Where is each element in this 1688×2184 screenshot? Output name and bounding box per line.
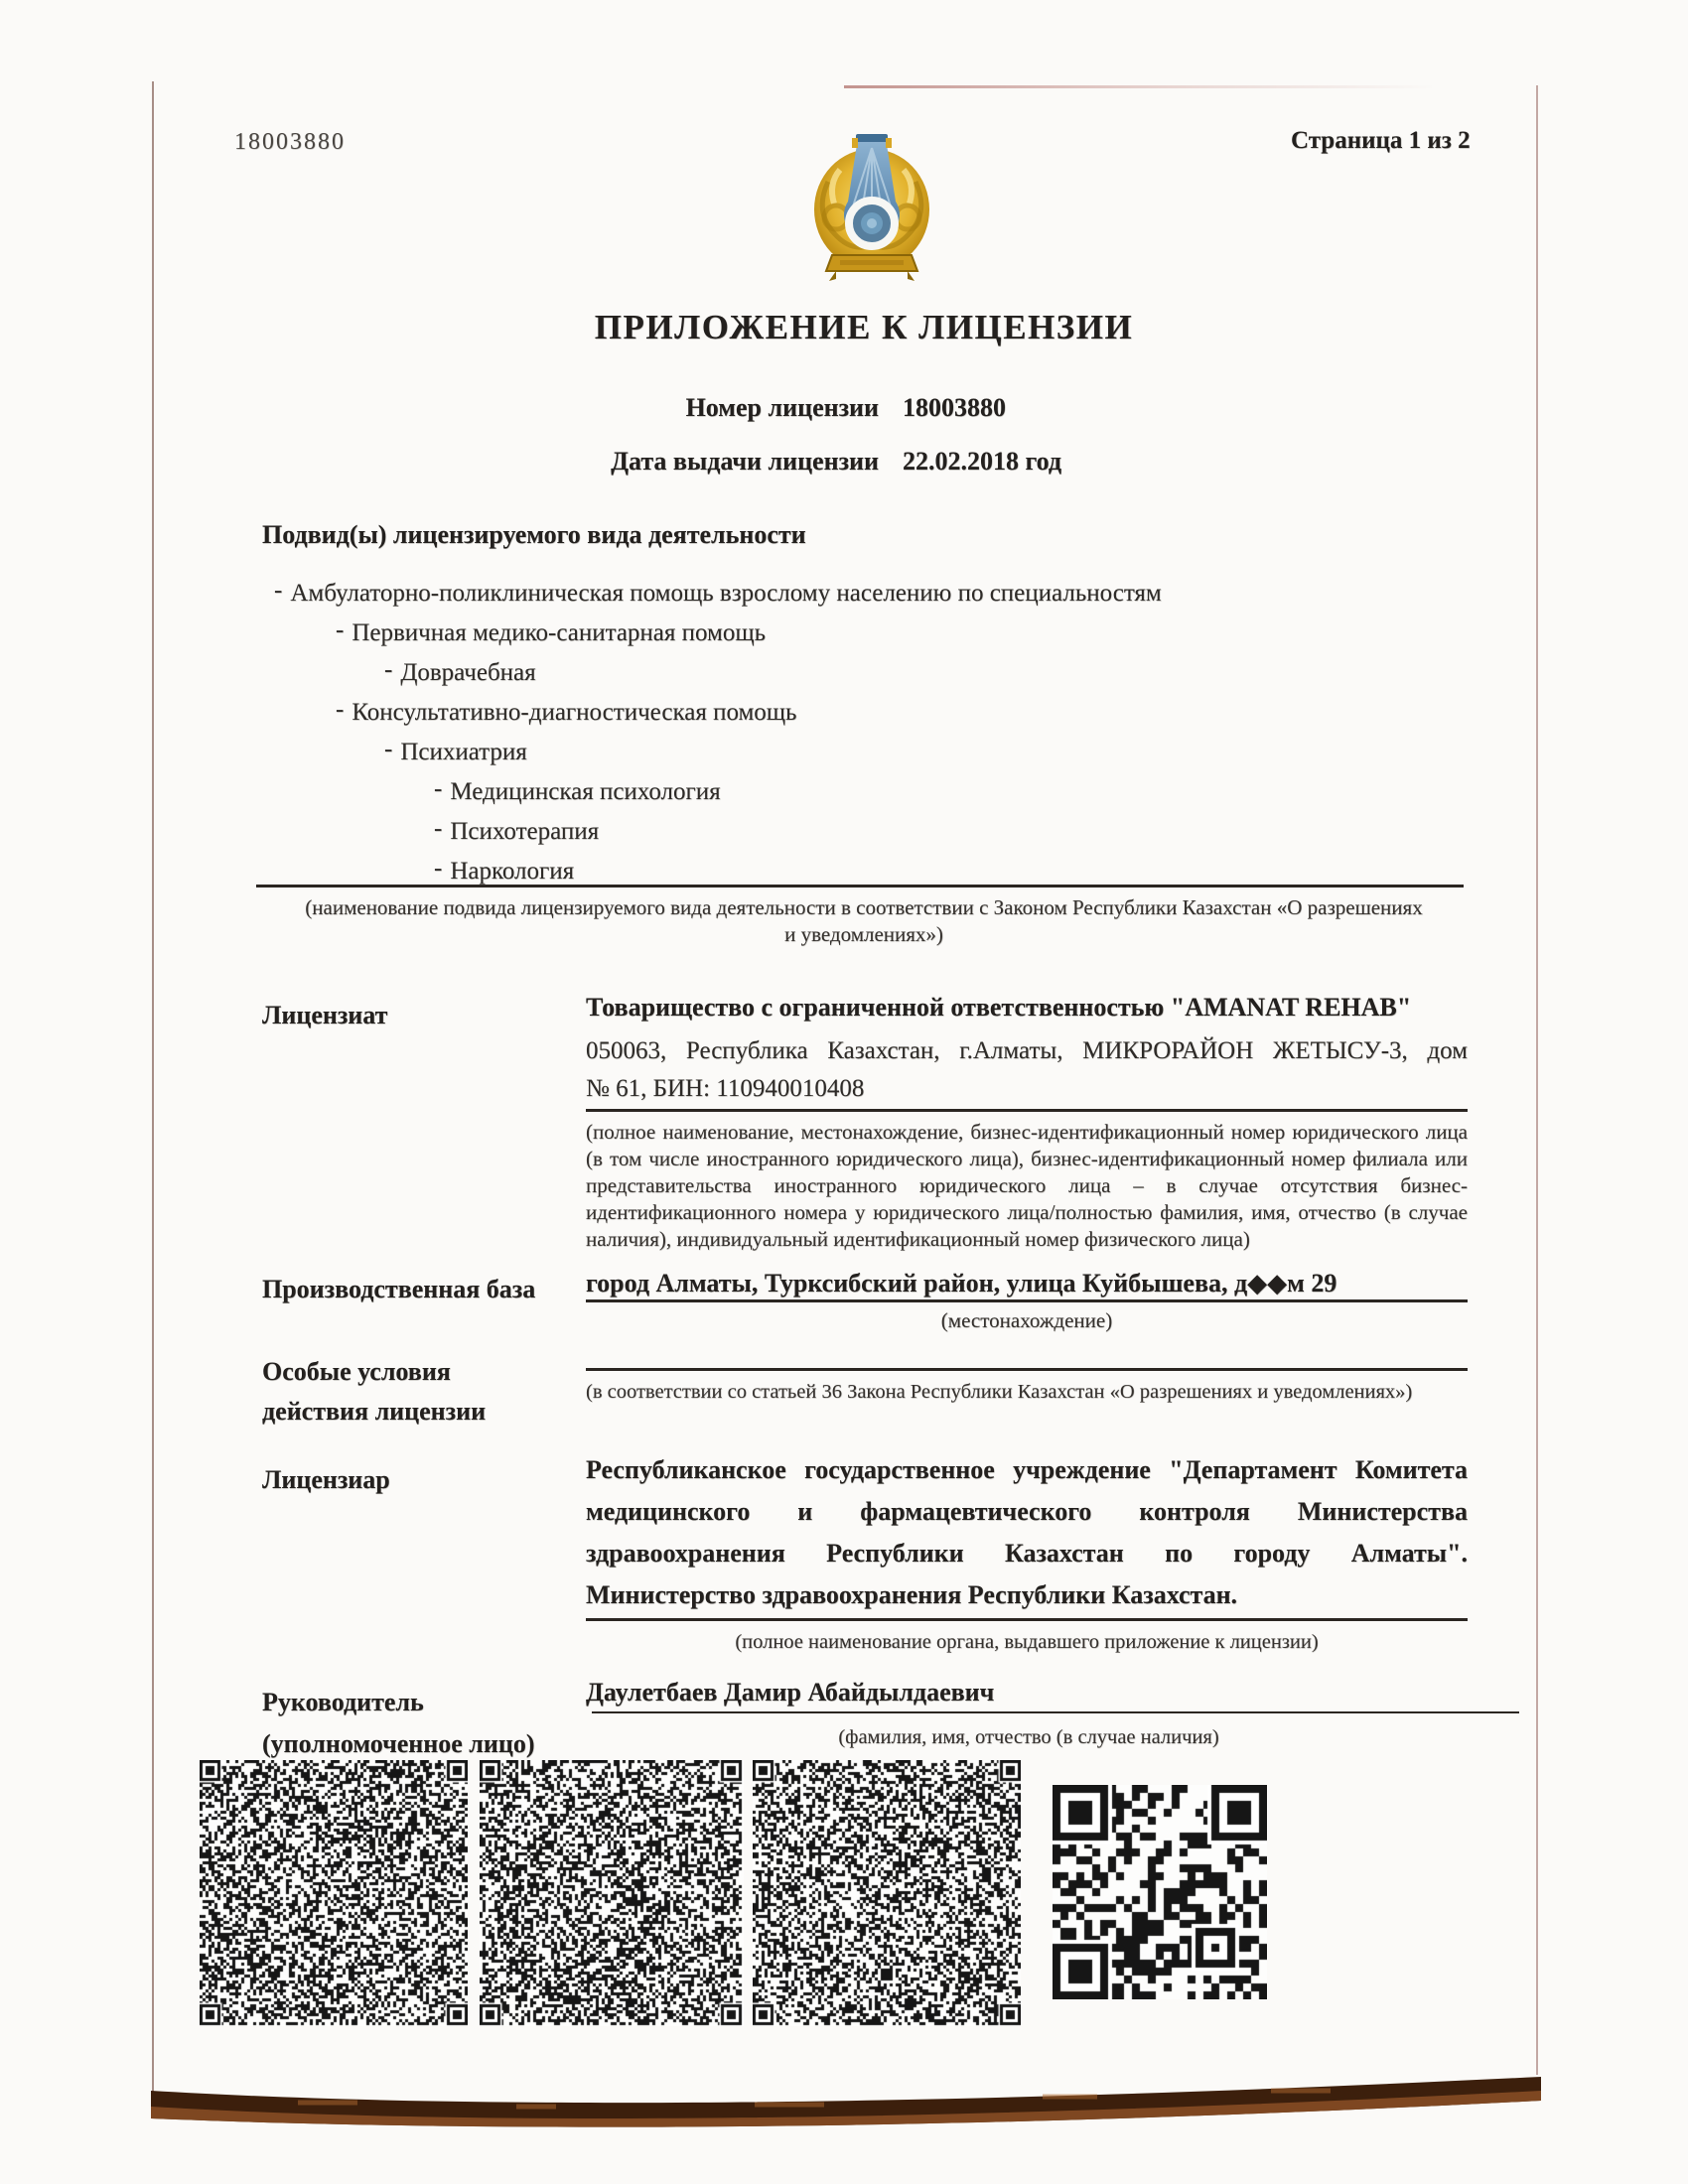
licensee-address-line: № 61, БИН: 110940010408	[586, 1070, 1468, 1108]
kazakhstan-emblem-icon	[806, 131, 937, 282]
list-dash: -	[384, 656, 392, 683]
licensor-footnote: (полное наименование органа, выдавшего п…	[586, 1629, 1468, 1656]
qr-code	[1053, 1785, 1267, 1999]
subtype-item-text: Амбулаторно-поликлиническая помощь взрос…	[290, 580, 1161, 607]
list-dash: -	[384, 736, 392, 762]
licensor-value: Республиканское государственное учрежден…	[586, 1449, 1468, 1616]
divider-line	[586, 1109, 1468, 1112]
licensee-address-line: 050063, Республика Казахстан, г.Алматы, …	[586, 1032, 1468, 1070]
licensor-value-line: медицинского и фармацевтического контрол…	[586, 1491, 1468, 1533]
scanned-license-page: 18003880 Страница 1 из 2 ПРИЛОЖЕНИЕ К ЛИ…	[0, 0, 1688, 2184]
licensor-value-line: Республиканское государственное учрежден…	[586, 1449, 1468, 1491]
subtype-item: -Первичная медико-санитарная помощь	[336, 614, 1485, 653]
special-conditions-label: Особые условия действия лицензии	[262, 1352, 590, 1432]
production-base-value: город Алматы, Турксибский район, улица К…	[586, 1269, 1468, 1298]
issue-date-label: Дата выдачи лицензии	[556, 447, 879, 477]
subtype-item: -Амбулаторно-поликлиническая помощь взро…	[274, 574, 1485, 614]
director-name: Даулетбаев Дамир Абайдылдаевич	[586, 1678, 1468, 1707]
page-top-edge-line	[844, 85, 1436, 88]
licensor-value-line: Министерство здравоохранения Республики …	[586, 1574, 1468, 1616]
divider-line	[586, 1618, 1468, 1621]
subtype-item: -Психиатрия	[384, 733, 1485, 772]
subtype-item: -Консультативно-диагностическая помощь	[336, 693, 1485, 733]
license-number-value: 18003880	[903, 393, 1006, 423]
director-footnote: (фамилия, имя, отчество (в случае наличи…	[695, 1724, 1362, 1751]
license-number-row: Номер лицензии 18003880	[556, 393, 1006, 423]
subtype-item: -Доврачебная	[384, 653, 1485, 693]
subtype-item-text: Наркология	[450, 858, 574, 885]
list-dash: -	[336, 696, 344, 723]
subtype-item-text: Доврачебная	[400, 659, 535, 686]
production-base-footnote: (местонахождение)	[586, 1307, 1468, 1334]
subtype-item: -Медицинская психология	[434, 772, 1485, 812]
issue-date-row: Дата выдачи лицензии 22.02.2018 год	[556, 447, 1061, 477]
divider-line	[586, 1299, 1468, 1302]
licensee-address: 050063, Республика Казахстан, г.Алматы, …	[586, 1032, 1468, 1108]
list-dash: -	[434, 855, 442, 882]
list-dash: -	[336, 616, 344, 643]
list-dash: -	[434, 775, 442, 802]
page-indicator: Страница 1 из 2	[1291, 127, 1471, 155]
subtypes-footnote: (наименование подвида лицензируемого вид…	[298, 894, 1430, 948]
table-edge	[0, 2045, 1688, 2184]
subtypes-heading: Подвид(ы) лицензируемого вида деятельнос…	[262, 520, 806, 550]
special-conditions-label-line2: действия лицензии	[262, 1392, 590, 1432]
director-label: Руководитель (уполномоченное лицо)	[262, 1682, 590, 1765]
licensor-label: Лицензиар	[262, 1459, 590, 1500]
divider-line	[592, 1711, 1519, 1713]
subtype-item-text: Консультативно-диагностическая помощь	[352, 699, 796, 726]
license-number-label: Номер лицензии	[556, 393, 879, 423]
licensee-footnote: (полное наименование, местонахождение, б…	[586, 1119, 1468, 1253]
director-label-line1: Руководитель	[262, 1682, 590, 1723]
page-right-edge-line	[1536, 85, 1538, 2075]
production-base-label: Производственная база	[262, 1269, 620, 1309]
divider-line	[586, 1368, 1468, 1371]
subtype-item-text: Первичная медико-санитарная помощь	[352, 619, 766, 646]
list-dash: -	[434, 815, 442, 842]
page-left-edge-line	[152, 81, 154, 2097]
special-conditions-label-line1: Особые условия	[262, 1352, 590, 1392]
licensee-name: Товарищество с ограниченной ответственно…	[586, 993, 1468, 1023]
barcode-block-3	[753, 1760, 1021, 2026]
licensor-value-line: здравоохранения Республики Казахстан по …	[586, 1533, 1468, 1574]
subtype-item-text: Психотерапия	[450, 818, 599, 845]
subtype-item-text: Психиатрия	[400, 739, 526, 765]
subtypes-list: -Амбулаторно-поликлиническая помощь взро…	[274, 574, 1485, 891]
list-dash: -	[274, 577, 282, 604]
licensee-label: Лицензиат	[262, 995, 590, 1035]
document-number: 18003880	[234, 129, 346, 156]
subtype-item-text: Медицинская психология	[450, 778, 720, 805]
page-title: ПРИЛОЖЕНИЕ К ЛИЦЕНЗИИ	[516, 308, 1211, 347]
issue-date-value: 22.02.2018 год	[903, 447, 1061, 477]
barcode-block-2	[480, 1760, 744, 2026]
subtype-item: -Психотерапия	[434, 812, 1485, 852]
divider-line	[256, 885, 1464, 887]
special-conditions-footnote: (в соответствии со статьей 36 Закона Рес…	[586, 1379, 1468, 1406]
director-label-line2: (уполномоченное лицо)	[262, 1723, 590, 1765]
barcode-block-1	[200, 1760, 468, 2026]
